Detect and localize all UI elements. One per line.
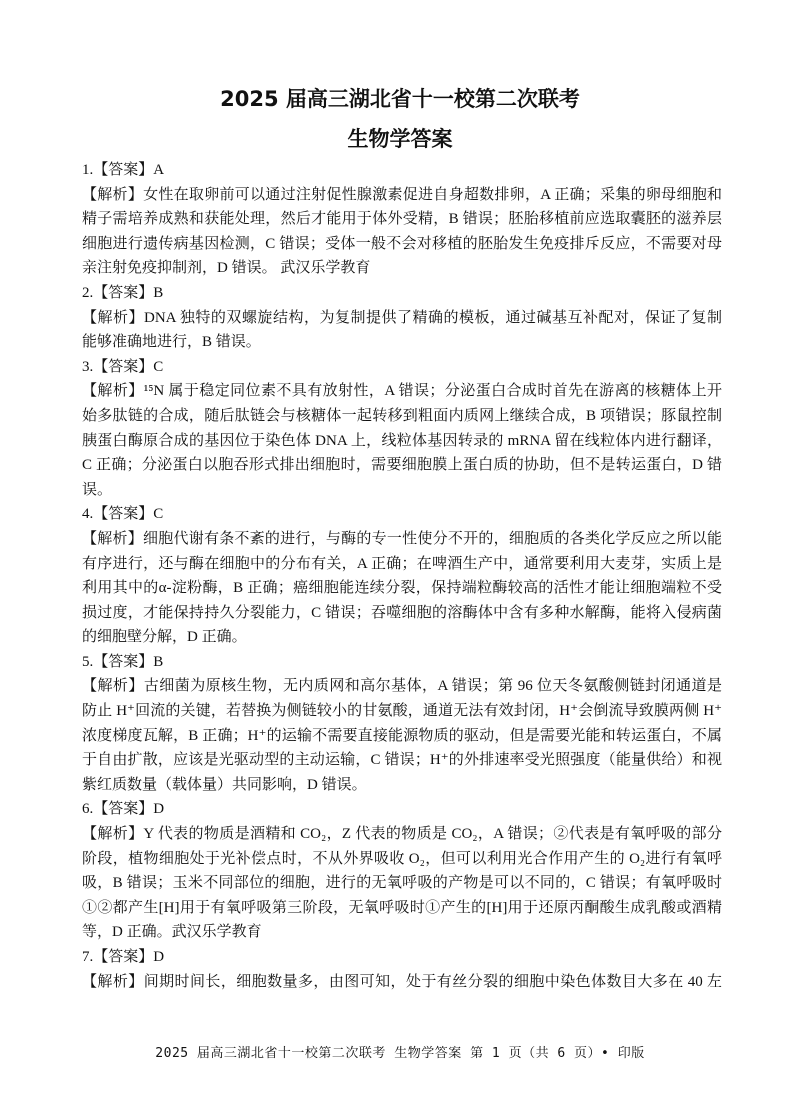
- answer-label: 3.【答案】C: [82, 355, 722, 380]
- explanation-line: 能够准确地进行，B 错误。: [82, 330, 722, 355]
- explanation-line: 吸，B 错误；玉米不同部位的细胞，进行的无氧呼吸的产物是可以不同的，C 错误；有…: [82, 871, 722, 896]
- explanation-line: 浓度梯度瓦解，B 正确；H⁺的运输不需要直接能源物质的驱动，但是需要光能和转运蛋…: [82, 724, 722, 749]
- question-7: 7.【答案】D 【解析】间期时间长，细胞数量多，由图可知，处于有丝分裂的细胞中染…: [82, 945, 722, 994]
- answer-label: 1.【答案】A: [82, 158, 722, 183]
- explanation-line: 等，D 正确。武汉乐学教育: [82, 920, 722, 945]
- explanation-line: 亲注射免疫抑制剂，D 错误。 武汉乐学教育: [82, 256, 722, 281]
- explanation-line: 误。: [82, 478, 722, 503]
- explanation-line: 【解析】DNA 独特的双螺旋结构，为复制提供了精确的模板，通过碱基互补配对，保证…: [82, 306, 722, 331]
- answer-label: 4.【答案】C: [82, 502, 722, 527]
- answer-content: 1.【答案】A 【解析】女性在取卵前可以通过注射促性腺激素促进自身超数排卵，A …: [82, 158, 722, 994]
- document-subtitle: 生物学答案: [0, 123, 800, 153]
- explanation-line: 损过度，才能保持持久分裂能力，C 错误；吞噬细胞的溶酶体中含有多种水解酶，能将入…: [82, 601, 722, 626]
- answer-label: 5.【答案】B: [82, 650, 722, 675]
- explanation-line: 【解析】女性在取卵前可以通过注射促性腺激素促进自身超数排卵，A 正确；采集的卵母…: [82, 183, 722, 208]
- explanation-line: 【解析】古细菌为原核生物，无内质网和高尔基体，A 错误；第 96 位天冬氨酸侧链…: [82, 674, 722, 699]
- document-title: 2025 届高三湖北省十一校第二次联考: [0, 83, 800, 113]
- explanation-line: 精子需培养成熟和获能处理，然后才能用于体外受精，B 错误；胚胎移植前应选取囊胚的…: [82, 207, 722, 232]
- explanation-line: 的细胞壁分解，D 正确。: [82, 625, 722, 650]
- explanation-line: 【解析】Y 代表的物质是酒精和 CO₂，Z 代表的物质是 CO₂，A 错误；②代…: [82, 822, 722, 847]
- explanation-line: 【解析】细胞代谢有条不紊的进行，与酶的专一性使分不开的，细胞质的各类化学反应之所…: [82, 527, 722, 552]
- explanation-line: C 正确；分泌蛋白以胞吞形式排出细胞时，需要细胞膜上蛋白质的协助，但不是转运蛋白…: [82, 453, 722, 478]
- explanation-line: 于自由扩散，应该是光驱动型的主动运输，C 错误；H⁺的外排速率受光照强度（能量供…: [82, 748, 722, 773]
- question-3: 3.【答案】C 【解析】¹⁵N 属于稳定同位素不具有放射性，A 错误；分泌蛋白合…: [82, 355, 722, 503]
- explanation-line: 紫红质数量（载体量）共同影响，D 错误。: [82, 773, 722, 798]
- explanation-line: 利用其中的α-淀粉酶，B 正确；癌细胞能连续分裂，保持端粒酶较高的活性才能让细胞…: [82, 576, 722, 601]
- explanation-line: 【解析】¹⁵N 属于稳定同位素不具有放射性，A 错误；分泌蛋白合成时首先在游离的…: [82, 379, 722, 404]
- explanation-line: 【解析】间期时间长，细胞数量多，由图可知，处于有丝分裂的细胞中染色体数目大多在 …: [82, 970, 722, 995]
- answer-label: 2.【答案】B: [82, 281, 722, 306]
- answer-label: 7.【答案】D: [82, 945, 722, 970]
- explanation-line: 始多肽链的合成，随后肽链会与核糖体一起转移到粗面内质网上继续合成，B 项错误；豚…: [82, 404, 722, 429]
- page-footer: 2025 届高三湖北省十一校第二次联考 生物学答案 第 1 页（共 6 页）• …: [0, 1042, 800, 1061]
- question-1: 1.【答案】A 【解析】女性在取卵前可以通过注射促性腺激素促进自身超数排卵，A …: [82, 158, 722, 281]
- question-6: 6.【答案】D 【解析】Y 代表的物质是酒精和 CO₂，Z 代表的物质是 CO₂…: [82, 797, 722, 945]
- explanation-line: 阶段，植物细胞处于光补偿点时，不从外界吸收 O₂，但可以利用光合作用产生的 O₂…: [82, 847, 722, 872]
- question-5: 5.【答案】B 【解析】古细菌为原核生物，无内质网和高尔基体，A 错误；第 96…: [82, 650, 722, 798]
- explanation-line: 有序进行，还与酶在细胞中的分布有关，A 正确；在啤酒生产中，通常要利用大麦芽，实…: [82, 552, 722, 577]
- explanation-line: 防止 H⁺回流的关键，若替换为侧链较小的甘氨酸，通道无法有效封闭，H⁺会倒流导致…: [82, 699, 722, 724]
- explanation-line: 胰蛋白酶原合成的基因位于染色体 DNA 上，线粒体基因转录的 mRNA 留在线粒…: [82, 429, 722, 454]
- question-4: 4.【答案】C 【解析】细胞代谢有条不紊的进行，与酶的专一性使分不开的，细胞质的…: [82, 502, 722, 650]
- question-2: 2.【答案】B 【解析】DNA 独特的双螺旋结构，为复制提供了精确的模板，通过碱…: [82, 281, 722, 355]
- answer-label: 6.【答案】D: [82, 797, 722, 822]
- explanation-line: 细胞进行遗传病基因检测，C 错误；受体一般不会对移植的胚胎发生免疫排斥反应，不需…: [82, 232, 722, 257]
- explanation-line: ①②都产生[H]用于有氧呼吸第三阶段，无氧呼吸时①产生的[H]用于还原丙酮酸生成…: [82, 896, 722, 921]
